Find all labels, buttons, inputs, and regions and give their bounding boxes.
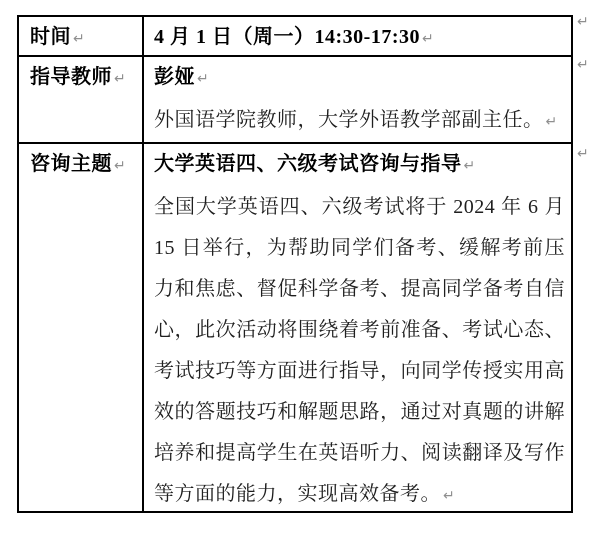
time-label: 时间 [30,26,71,48]
instructor-title: 外国语学院教师，大学外语教学部副主任。 [154,109,544,131]
paragraph-mark-icon: ↵ [441,488,455,504]
document-page: 时间↵ 4 月 1 日（周一）14:30-17:30↵ 指导教师↵ 彭娅↵ 外国… [0,0,593,533]
paragraph-mark-icon: ↵ [71,31,85,47]
time-label-cell[interactable]: 时间↵ [19,17,144,55]
instructor-name-line: 彭娅↵ [154,57,565,100]
table-row-instructor: 指导教师↵ 彭娅↵ 外国语学院教师，大学外语教学部副主任。↵ [19,57,571,144]
paragraph-mark-icon: ↵ [544,114,558,130]
topic-value-cell[interactable]: 大学英语四、六级考试咨询与指导↵ 全国大学英语四、六级考试将于 2024 年 6… [144,144,571,511]
time-value-cell[interactable]: 4 月 1 日（周一）14:30-17:30↵ [144,17,571,55]
row-end-mark-icon: ↵ [577,146,589,162]
paragraph-mark-icon: ↵ [195,71,209,87]
topic-description-paragraph: 全国大学英语四、六级考试将于 2024 年 6 月 15 日举行，为帮助同学们备… [154,187,565,517]
consultation-info-table: 时间↵ 4 月 1 日（周一）14:30-17:30↵ 指导教师↵ 彭娅↵ 外国… [17,15,573,513]
instructor-title-line: 外国语学院教师，大学外语教学部副主任。↵ [154,100,565,143]
topic-description: 全国大学英语四、六级考试将于 2024 年 6 月 15 日举行，为帮助同学们备… [154,196,565,505]
time-value: 4 月 1 日（周一）14:30-17:30 [154,26,420,48]
topic-label: 咨询主题 [30,153,112,175]
table-row-time: 时间↵ 4 月 1 日（周一）14:30-17:30↵ [19,17,571,57]
paragraph-mark-icon: ↵ [420,31,434,47]
paragraph-mark-icon: ↵ [112,158,126,174]
row-end-mark-icon: ↵ [577,14,589,30]
paragraph-mark-icon: ↵ [112,71,126,87]
instructor-label: 指导教师 [30,66,112,88]
topic-label-cell[interactable]: 咨询主题↵ [19,144,144,511]
topic-heading-line: 大学英语四、六级考试咨询与指导↵ [154,144,565,187]
instructor-label-cell[interactable]: 指导教师↵ [19,57,144,142]
paragraph-mark-icon: ↵ [462,158,476,174]
table-row-topic: 咨询主题↵ 大学英语四、六级考试咨询与指导↵ 全国大学英语四、六级考试将于 20… [19,144,571,511]
row-end-mark-icon: ↵ [577,57,589,73]
instructor-value-cell[interactable]: 彭娅↵ 外国语学院教师，大学外语教学部副主任。↵ [144,57,571,142]
topic-heading: 大学英语四、六级考试咨询与指导 [154,153,462,175]
instructor-name: 彭娅 [154,66,195,88]
